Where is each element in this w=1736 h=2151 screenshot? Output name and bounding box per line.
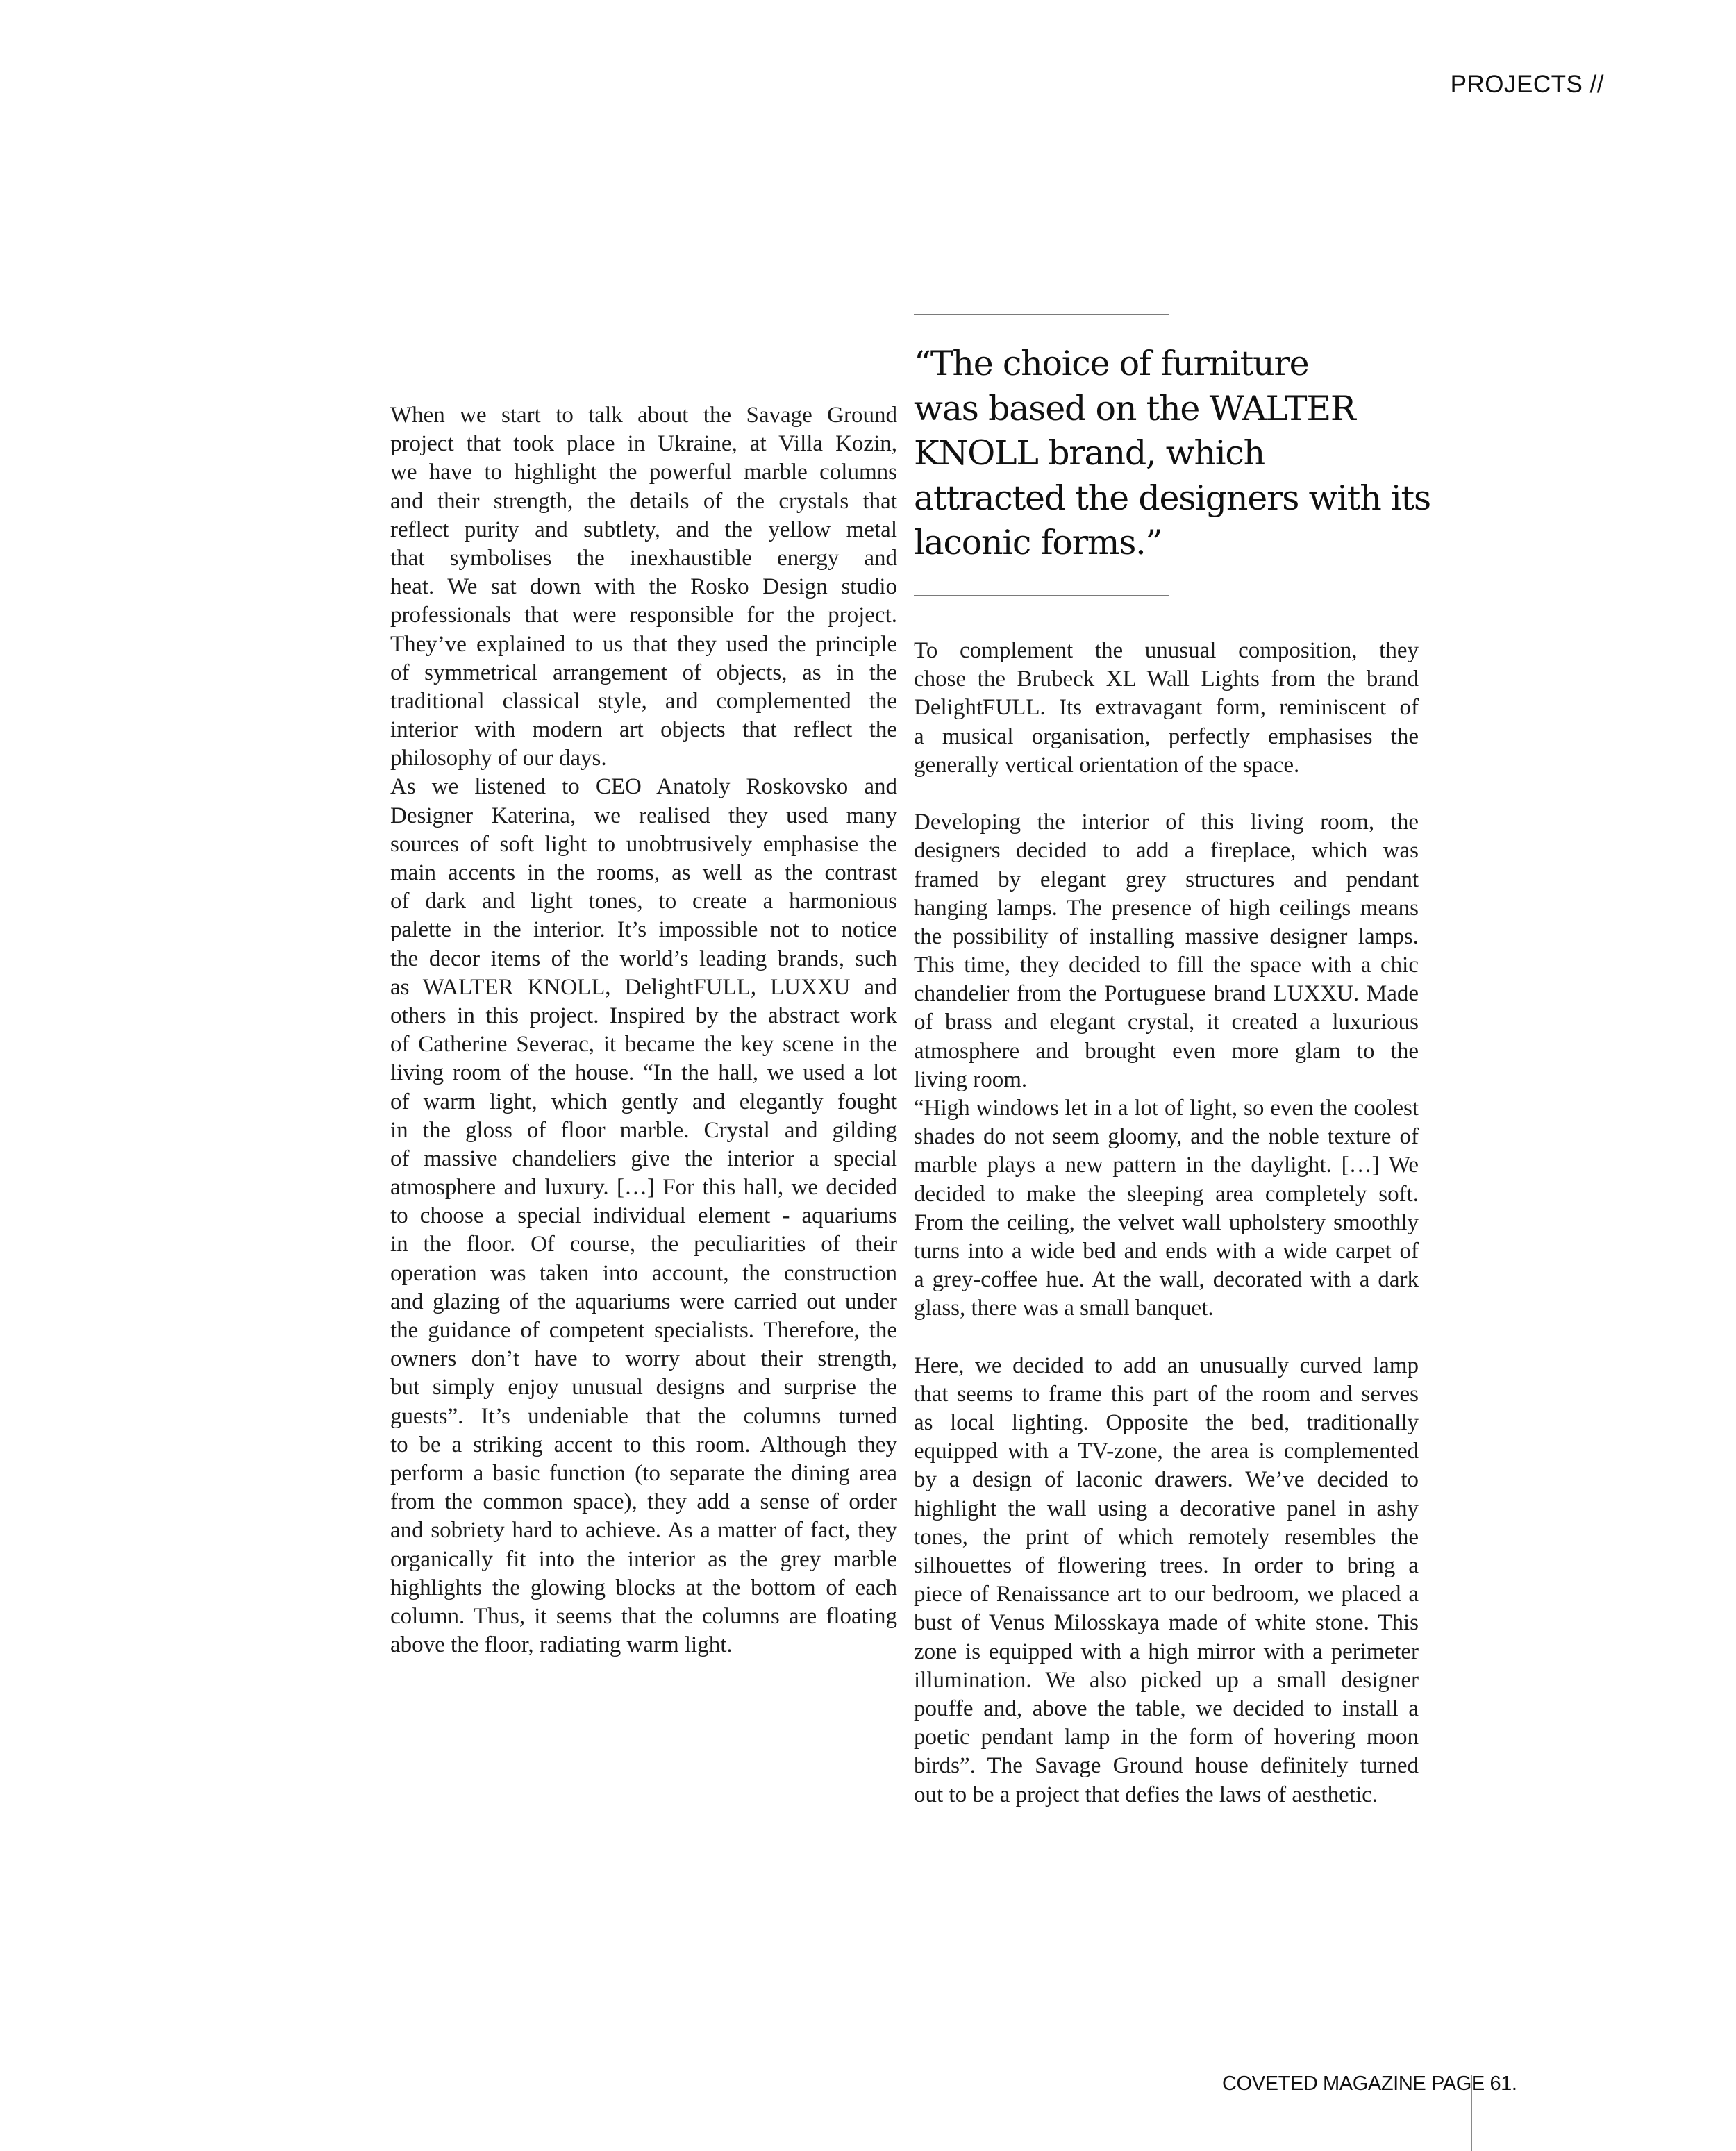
body-line: by a design of laconic drawers. We’ve de… <box>914 1466 1419 1494</box>
body-line: As we listened to CEO Anatoly Roskovsko … <box>390 773 897 801</box>
body-line: shades do not seem gloomy, and the noble… <box>914 1123 1419 1151</box>
body-line: atmosphere and brought even more glam to… <box>914 1037 1419 1066</box>
body-line: pouffe and, above the table, we decided … <box>914 1695 1419 1723</box>
body-line: “High windows let in a lot of light, so … <box>914 1094 1419 1123</box>
body-line: but simply enjoy unusual designs and sur… <box>390 1373 897 1402</box>
body-line: illumination. We also picked up a small … <box>914 1666 1419 1695</box>
footer-divider <box>1471 2075 1472 2151</box>
body-line: When we start to talk about the Savage G… <box>390 401 897 430</box>
paragraph-gap <box>914 1323 1419 1352</box>
body-line: professionals that were responsible for … <box>390 601 897 630</box>
body-line: poetic pendant lamp in the form of hover… <box>914 1723 1419 1752</box>
body-line: tones, the print of which remotely resem… <box>914 1523 1419 1552</box>
body-line: interior with modern art objects that re… <box>390 716 897 744</box>
pull-quote-line: attracted the designers with its <box>914 476 1442 521</box>
body-line: atmosphere and luxury. […] For this hall… <box>390 1173 897 1202</box>
body-line: others in this project. Inspired by the … <box>390 1002 897 1030</box>
body-line: chose the Brubeck XL Wall Lights from th… <box>914 665 1419 694</box>
body-line: a musical organisation, perfectly emphas… <box>914 723 1419 751</box>
body-line: organically fit into the interior as the… <box>390 1546 897 1574</box>
body-line: that seems to frame this part of the roo… <box>914 1380 1419 1409</box>
body-line: turns into a wide bed and ends with a wi… <box>914 1237 1419 1266</box>
body-line: to be a striking accent to this room. Al… <box>390 1431 897 1459</box>
body-line: birds”. The Savage Ground house definite… <box>914 1752 1419 1780</box>
body-line: main accents in the rooms, as well as th… <box>390 859 897 887</box>
body-line: generally vertical orientation of the sp… <box>914 751 1419 780</box>
body-line: of warm light, which gently and elegantl… <box>390 1088 897 1116</box>
body-line: silhouettes of flowering trees. In order… <box>914 1552 1419 1580</box>
body-line: project that took place in Ukraine, at V… <box>390 430 897 458</box>
body-line: To complement the unusual composition, t… <box>914 637 1419 665</box>
body-line: of symmetrical arrangement of objects, a… <box>390 659 897 687</box>
magazine-page: PROJECTS // “The choice of furniture was… <box>0 0 1736 2151</box>
body-line: a grey-coffee hue. At the wall, decorate… <box>914 1266 1419 1294</box>
body-line: decided to make the sleeping area comple… <box>914 1180 1419 1209</box>
body-line: in the gloss of floor marble. Crystal an… <box>390 1116 897 1145</box>
body-line: DelightFULL. Its extravagant form, remin… <box>914 694 1419 722</box>
body-line: hanging lamps. The presence of high ceil… <box>914 894 1419 923</box>
pull-quote-line: was based on the WALTER <box>914 387 1442 432</box>
body-line: as WALTER KNOLL, DelightFULL, LUXXU and <box>390 973 897 1002</box>
body-line: philosophy of our days. <box>390 744 897 773</box>
body-line: we have to highlight the powerful marble… <box>390 458 897 487</box>
body-line: They’ve explained to us that they used t… <box>390 630 897 659</box>
body-line: of brass and elegant crystal, it created… <box>914 1008 1419 1037</box>
body-line: living room. <box>914 1066 1419 1094</box>
body-line: palette in the interior. It’s impossible… <box>390 916 897 944</box>
body-line: zone is equipped with a high mirror with… <box>914 1638 1419 1666</box>
body-line: traditional classical style, and complem… <box>390 687 897 716</box>
article-right-column: To complement the unusual composition, t… <box>914 637 1419 1809</box>
pull-quote-bottom-rule <box>914 595 1169 596</box>
body-line: to choose a special individual element -… <box>390 1202 897 1230</box>
body-line: Here, we decided to add an unusually cur… <box>914 1352 1419 1380</box>
body-line: reflect purity and subtlety, and the yel… <box>390 516 897 544</box>
body-line: of massive chandeliers give the interior… <box>390 1145 897 1173</box>
body-line: This time, they decided to fill the spac… <box>914 951 1419 980</box>
article-left-column: When we start to talk about the Savage G… <box>390 401 897 1659</box>
pull-quote-line: laconic forms.” <box>914 521 1442 566</box>
body-line: and glazing of the aquariums were carrie… <box>390 1288 897 1316</box>
body-line: as local lighting. Opposite the bed, tra… <box>914 1409 1419 1437</box>
body-line: sources of soft light to unobtrusively e… <box>390 830 897 859</box>
pull-quote-line: “The choice of furniture <box>914 342 1442 387</box>
body-line: column. Thus, it seems that the columns … <box>390 1602 897 1631</box>
section-header: PROJECTS // <box>1430 69 1604 100</box>
pull-quote-line: KNOLL brand, which <box>914 431 1442 476</box>
body-line: and sobriety hard to achieve. As a matte… <box>390 1516 897 1545</box>
body-line: out to be a project that defies the laws… <box>914 1781 1419 1809</box>
paragraph-gap <box>914 780 1419 808</box>
body-line: owners don’t have to worry about their s… <box>390 1345 897 1373</box>
body-line: and their strength, the details of the c… <box>390 487 897 516</box>
body-line: From the ceiling, the velvet wall uphols… <box>914 1209 1419 1237</box>
pull-quote-top-rule <box>914 314 1169 315</box>
body-line: equipped with a TV-zone, the area is com… <box>914 1437 1419 1466</box>
body-line: framed by elegant grey structures and pe… <box>914 866 1419 894</box>
body-line: of Catherine Severac, it became the key … <box>390 1030 897 1059</box>
body-line: highlight the wall using a decorative pa… <box>914 1495 1419 1523</box>
body-line: in the floor. Of course, the peculiariti… <box>390 1230 897 1259</box>
body-line: piece of Renaissance art to our bedroom,… <box>914 1580 1419 1609</box>
body-line: from the common space), they add a sense… <box>390 1488 897 1516</box>
body-line: operation was taken into account, the co… <box>390 1259 897 1288</box>
body-line: of dark and light tones, to create a har… <box>390 887 897 916</box>
body-line: guests”. It’s undeniable that the column… <box>390 1403 897 1431</box>
body-line: heat. We sat down with the Rosko Design … <box>390 573 897 601</box>
body-line: bust of Venus Milosskaya made of white s… <box>914 1609 1419 1637</box>
body-line: Developing the interior of this living r… <box>914 808 1419 837</box>
pull-quote-text: “The choice of furniture was based on th… <box>914 342 1442 566</box>
body-line: above the floor, radiating warm light. <box>390 1631 897 1659</box>
body-line: Designer Katerina, we realised they used… <box>390 802 897 830</box>
body-line: the guidance of competent specialists. T… <box>390 1316 897 1345</box>
page-footer-label: COVETED MAGAZINE PAGE 61. <box>1222 2070 1455 2098</box>
body-line: living room of the house. “In the hall, … <box>390 1059 897 1087</box>
body-line: glass, there was a small banquet. <box>914 1294 1419 1323</box>
body-line: that symbolises the inexhaustible energy… <box>390 544 897 573</box>
body-line: marble plays a new pattern in the daylig… <box>914 1151 1419 1180</box>
body-line: perform a basic function (to separate th… <box>390 1459 897 1488</box>
body-line: highlights the glowing blocks at the bot… <box>390 1574 897 1602</box>
body-line: chandelier from the Portuguese brand LUX… <box>914 980 1419 1008</box>
body-line: designers decided to add a fireplace, wh… <box>914 837 1419 865</box>
body-line: the possibility of installing massive de… <box>914 923 1419 951</box>
body-line: the decor items of the world’s leading b… <box>390 945 897 973</box>
